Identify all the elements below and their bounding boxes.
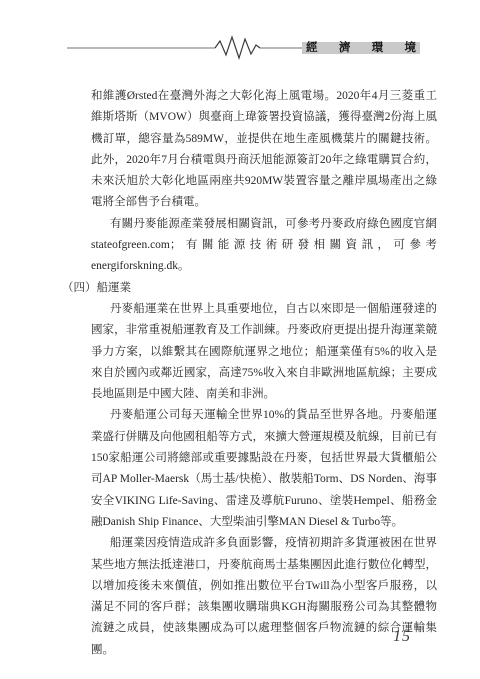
document-body: 和維護Ørsted在臺灣外海之大彰化海上風電場。2020年4月三菱重工維斯塔斯（… — [62, 86, 437, 661]
page-header: 經 濟 環 境 — [0, 0, 480, 60]
paragraph-shipping-overview: 丹麥船運業在世界上具重要地位，自古以來即是一個船運發達的國家，非常重視船運教育及… — [91, 299, 437, 405]
header-title-char: 境 — [404, 42, 416, 54]
document-page: 經 濟 環 境 和維護Ørsted在臺灣外海之大彰化海上風電場。2020年4月三… — [0, 0, 480, 679]
header-title-char: 濟 — [339, 42, 351, 54]
section-heading-shipping: （四）船運業 — [62, 278, 437, 299]
paragraph-shipping-pandemic: 船運業因疫情造成許多負面影響，疫情初期許多貨運被困在世界某些地方無法抵達港口，丹… — [91, 533, 437, 661]
header-title-bar: 經 濟 環 境 — [302, 42, 420, 54]
paragraph-energy-info-links: 有關丹麥能源產業發展相關資訊，可參考丹麥政府綠色國度官網stateofgreen… — [91, 214, 437, 278]
page-number: 15 — [393, 628, 411, 646]
header-title-char: 環 — [372, 42, 384, 54]
paragraph-energy-taiwan-projects: 和維護Ørsted在臺灣外海之大彰化海上風電場。2020年4月三菱重工維斯塔斯（… — [91, 86, 437, 214]
zigzag-rule-icon — [67, 35, 305, 61]
paragraph-shipping-companies: 丹麥船運公司每天運輸全世界10%的貨品至世界各地。丹麥船運業盛行併購及向他國租船… — [91, 405, 437, 533]
header-title-char: 經 — [306, 42, 318, 54]
